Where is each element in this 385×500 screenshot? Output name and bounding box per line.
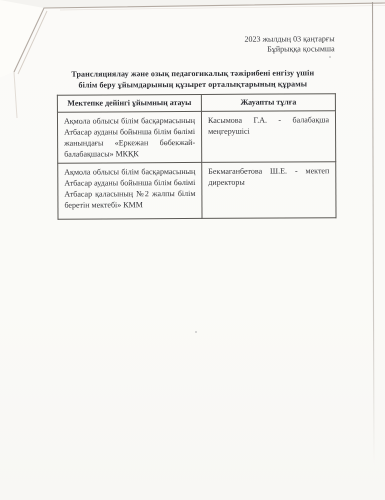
- organization-cell: Ақмола облысы білім басқармасының Атбаса…: [58, 162, 202, 219]
- document-title: Трансляциялау және озық педагогикалық тә…: [28, 68, 358, 91]
- table-row: Ақмола облысы білім басқармасының Атбаса…: [57, 111, 335, 163]
- responsible-person-cell: Касымова Г.А. - балабақша меңгерушісі: [201, 111, 335, 163]
- document-title-line2: білім беру ұйымдарының құзырет орталықта…: [28, 79, 358, 91]
- competence-centers-table: Мектепке дейінгі ұйымның атауы Жауапты т…: [57, 93, 337, 219]
- responsible-person-cell: Бекмаганбетова Ш.Е. - мектеп директоры: [202, 162, 336, 219]
- document-content: 2023 жылдың 03 қаңтарғы Бұйрыққа қосымша…: [0, 0, 385, 500]
- scanned-document-page: 2023 жылдың 03 қаңтарғы Бұйрыққа қосымша…: [0, 0, 385, 500]
- order-annex-line: Бұйрыққа қосымша: [244, 44, 334, 54]
- column-header-organization: Мектепке дейінгі ұйымның атауы: [57, 94, 201, 112]
- document-title-line1: Трансляциялау және озық педагогикалық тә…: [28, 68, 358, 80]
- column-header-responsible: Жауапты тұлға: [201, 94, 335, 112]
- order-annex-note: 2023 жылдың 03 қаңтарғы Бұйрыққа қосымша: [244, 34, 334, 54]
- organization-cell: Ақмола облысы білім басқармасының Атбаса…: [57, 111, 201, 163]
- order-date-line: 2023 жылдың 03 қаңтарғы: [244, 34, 334, 44]
- table-row: Ақмола облысы білім басқармасының Атбаса…: [58, 162, 336, 219]
- table-header-row: Мектепке дейінгі ұйымның атауы Жауапты т…: [57, 94, 335, 112]
